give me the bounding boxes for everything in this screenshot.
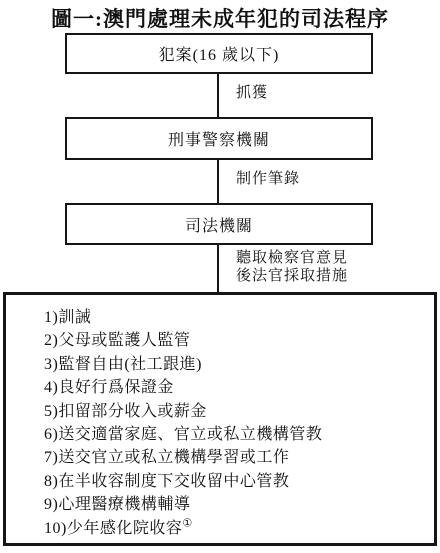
connector-line-1 xyxy=(217,73,219,118)
measure-item-8: 8)在半收容制度下交收留中心管教 xyxy=(44,470,424,493)
measure-item-1: 1)訓誡 xyxy=(44,306,424,329)
flow-box-judicial: 司法機關 xyxy=(65,203,373,245)
measures-box: 1)訓誡 2)父母或監護人監管 3)監督自由(社工跟進) 4)良好行爲保證金 5… xyxy=(3,292,437,546)
edge-label-arrest: 抓獲 xyxy=(236,85,268,103)
flow-box-crime-label: 犯案(16 歲以下) xyxy=(159,42,280,65)
measure-item-10-text: 10)少年感化院收容 xyxy=(44,520,182,537)
flow-box-judicial-label: 司法機關 xyxy=(185,213,253,236)
flow-box-crime: 犯案(16 歲以下) xyxy=(65,33,373,74)
measure-item-10: 10)少年感化院收容① xyxy=(44,517,424,540)
footnote-marker: ① xyxy=(182,517,192,529)
measure-item-7: 7)送交官立或私立機構學習或工作 xyxy=(44,446,424,469)
measure-item-4: 4)良好行爲保證金 xyxy=(44,376,424,399)
measure-item-9: 9)心理醫療機構輔導 xyxy=(44,493,424,516)
connector-line-2 xyxy=(217,159,219,204)
measure-item-2: 2)父母或監護人監管 xyxy=(44,329,424,352)
figure-canvas: 圖一:澳門處理未成年犯的司法程序 犯案(16 歲以下) 抓獲 刑事警察機關 制作… xyxy=(0,0,440,553)
flow-box-police: 刑事警察機關 xyxy=(65,117,373,160)
measure-item-6: 6)送交適當家庭、官立或私立機構管教 xyxy=(44,423,424,446)
flow-box-police-label: 刑事警察機關 xyxy=(168,127,270,150)
measure-item-5: 5)扣留部分收入或薪金 xyxy=(44,400,424,423)
connector-line-3 xyxy=(217,244,219,293)
edge-label-prosecutor-opinion: 聽取檢察官意見 後法官採取措施 xyxy=(236,250,348,285)
figure-title: 圖一:澳門處理未成年犯的司法程序 xyxy=(0,3,440,33)
measure-item-3: 3)監督自由(社工跟進) xyxy=(44,353,424,376)
edge-label-record: 制作筆錄 xyxy=(236,171,300,189)
